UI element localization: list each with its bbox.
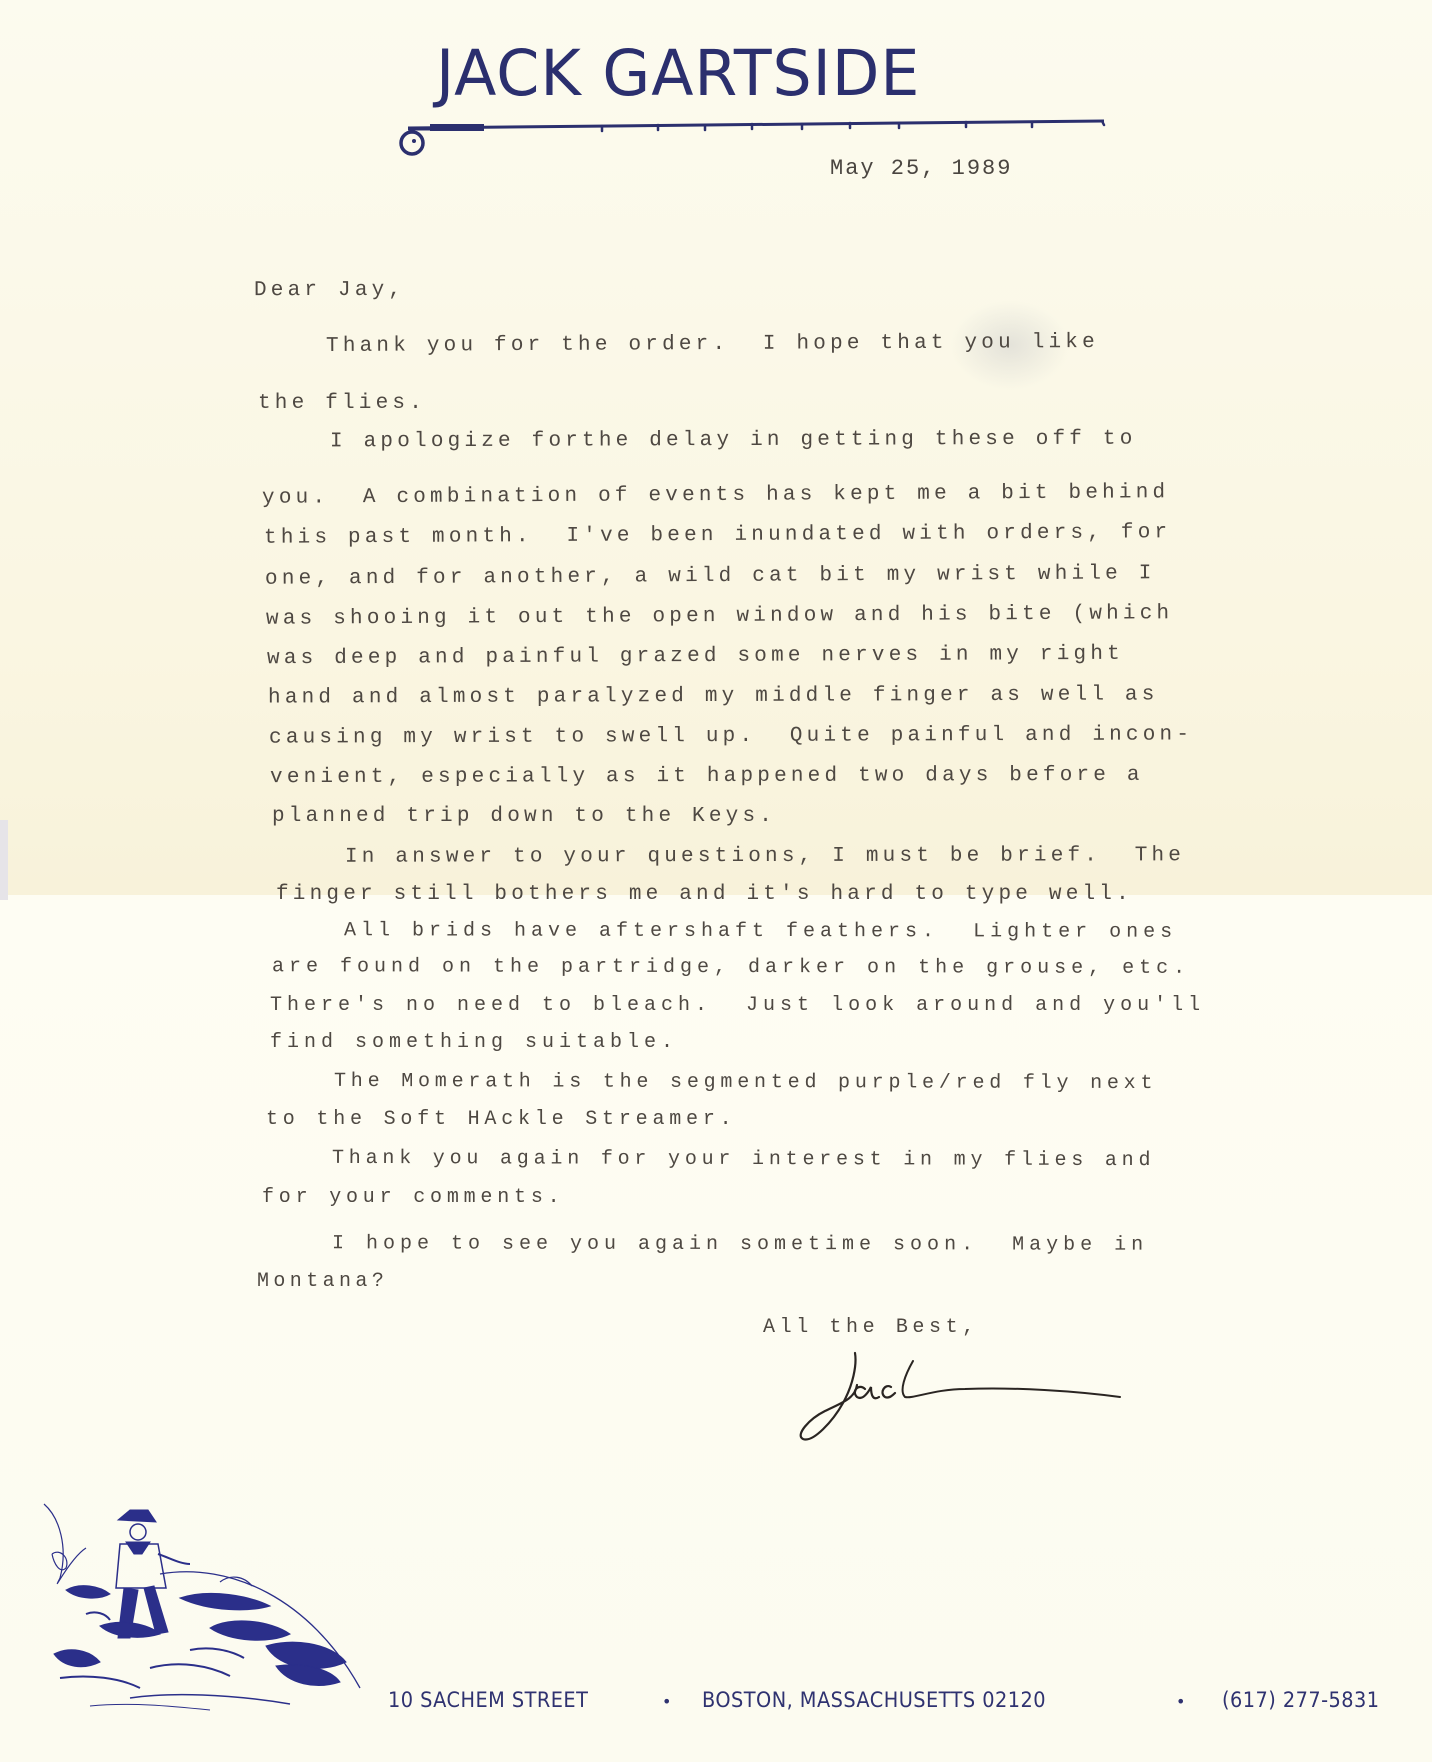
footer-phone: (617) 277-5831: [1222, 1688, 1380, 1712]
body-line: Montana?: [257, 1272, 388, 1292]
body-line: In answer to your questions, I must be b…: [345, 845, 1185, 867]
body-line: to the Soft HAckle Streamer.: [266, 1110, 736, 1130]
body-line: was shooing it out the open window and h…: [266, 603, 1173, 630]
body-line: hand and almost paralyzed my middle fing…: [268, 684, 1159, 708]
body-line: venient, especially as it happened two d…: [270, 765, 1144, 788]
body-line: are found on the partridge, darker on th…: [272, 957, 1190, 979]
footer-separator: •: [662, 1692, 671, 1711]
body-line: was deep and painful grazed some nerves …: [267, 644, 1124, 669]
body-line: one, and for another, a wild cat bit my …: [265, 563, 1156, 589]
body-line: All brids have aftershaft feathers. Ligh…: [344, 921, 1177, 942]
body-line: finger still bothers me and it's hard to…: [276, 884, 1133, 905]
body-line: Thank you for the order. I hope that you…: [326, 332, 1099, 357]
body-line: find something suitable.: [270, 1033, 678, 1053]
body-line: for your comments.: [262, 1188, 564, 1208]
body-line: causing my wrist to swell up. Quite pain…: [269, 724, 1193, 748]
footer-street: 10 SACHEM STREET: [388, 1688, 588, 1712]
closing: All the Best,: [763, 1318, 979, 1338]
body-line: you. A combination of events has kept me…: [262, 482, 1169, 509]
body-line: I hope to see you again sometime soon. M…: [332, 1234, 1148, 1255]
body-line: this past month. I've been inundated wit…: [264, 522, 1171, 549]
handwritten-signature: [795, 1345, 1135, 1455]
footer-separator: •: [1176, 1692, 1185, 1711]
footer-city: BOSTON, MASSACHUSETTS 02120: [702, 1688, 1046, 1712]
fly-fisherman-illustration: [30, 1478, 370, 1718]
body-line: the flies.: [258, 393, 426, 414]
body-line: I apologize forthe delay in getting thes…: [330, 429, 1137, 453]
body-line: The Momerath is the segmented purple/red…: [334, 1072, 1157, 1094]
body-line: planned trip down to the Keys.: [272, 806, 776, 827]
body-line: Thank you again for your interest in my …: [332, 1149, 1155, 1171]
salutation: Dear Jay,: [254, 280, 405, 301]
body-line: There's no need to bleach. Just look aro…: [270, 996, 1205, 1016]
